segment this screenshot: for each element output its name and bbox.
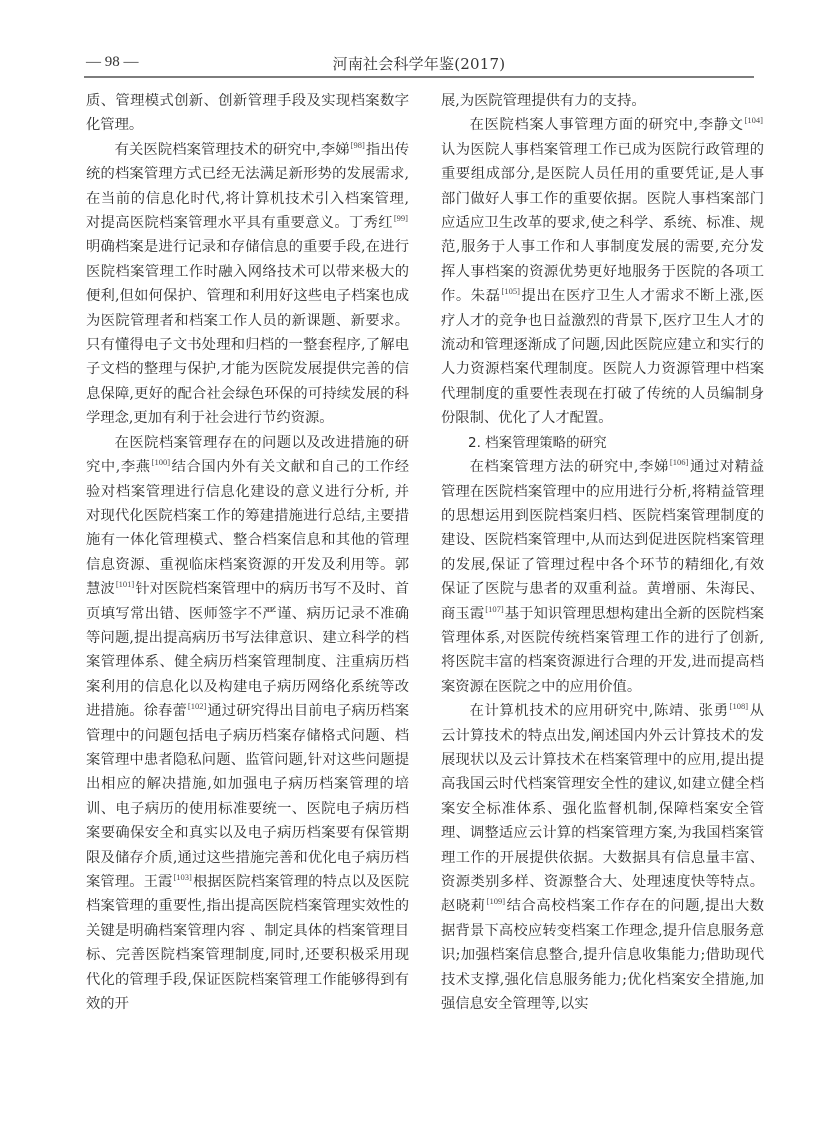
paragraph-computer-technology: 在计算机技术的应用研究中,陈靖、张勇[108]从云计算技术的特点出发,阐述国内外… bbox=[441, 699, 764, 1016]
citation: [98] bbox=[351, 140, 365, 150]
text: 从云计算技术的特点出发,阐述国内外云计算技术的发展现状以及云计算技术在档案管理中… bbox=[441, 703, 764, 914]
citation: [103] bbox=[173, 872, 191, 882]
citation: [104] bbox=[745, 115, 763, 125]
text: 在档案管理方法的研究中,李娣 bbox=[470, 459, 669, 475]
text: 在计算机技术的应用研究中,陈靖、张勇 bbox=[470, 703, 729, 719]
citation: [100] bbox=[152, 457, 170, 467]
citation: [109] bbox=[487, 896, 505, 906]
text: 明确档案是进行记录和存储信息的重要手段,在进行医院档案管理工作时融入网络技术可以… bbox=[86, 239, 409, 426]
text: 有关医院档案管理技术的研究中,李娣 bbox=[115, 142, 350, 158]
running-title: 河南社会科学年鉴(2017) bbox=[84, 53, 754, 74]
text: 通过研究得出目前电子病历档案管理中的问题包括电子病历档案存储格式问题、档案管理中… bbox=[86, 703, 409, 890]
text: 针对医院档案管理中的病历书写不及时、首页填写常出错、医师签字不严谨、病历记录不准… bbox=[86, 581, 409, 719]
citation: [106] bbox=[670, 457, 688, 467]
section-heading: 2. 档案管理策略的研究 bbox=[441, 431, 764, 455]
citation: [107] bbox=[485, 604, 503, 614]
citation: [105] bbox=[502, 286, 520, 296]
paragraph-continuation: 质、管理模式创新、创新管理手段及实现档案数字化管理。 bbox=[86, 89, 409, 138]
text: 结合高校档案工作存在的问题,提出大数据背景下高校应转变档案工作理念,提升信息服务… bbox=[441, 898, 764, 1012]
text: 基于知识管理思想构建出全新的医院档案管理体系,对医院传统档案管理工作的进行了创新… bbox=[441, 606, 764, 695]
citation: [108] bbox=[730, 701, 748, 711]
page-header: — 98 — 河南社会科学年鉴(2017) bbox=[84, 50, 754, 78]
paragraph-personnel-archives: 在医院档案人事管理方面的研究中,李静文[104]认为医院人事档案管理工作已成为医… bbox=[441, 113, 764, 430]
left-column: 质、管理模式创新、创新管理手段及实现档案数字化管理。 有关医院档案管理技术的研究… bbox=[86, 89, 409, 1016]
text: 认为医院人事档案管理工作已成为医院行政管理的重要组成部分,是医院人员任用的重要凭… bbox=[441, 142, 764, 304]
citation: [102] bbox=[188, 701, 206, 711]
header-rule bbox=[84, 76, 754, 78]
paragraph-archive-technology: 有关医院档案管理技术的研究中,李娣[98]指出传统的档案管理方式已经无法满足新形… bbox=[86, 138, 409, 431]
right-column: 展,为医院管理提供有力的支持。 在医院档案人事管理方面的研究中,李静文[104]… bbox=[441, 89, 764, 1016]
paragraph-problems-and-measures: 在医院档案管理存在的问题以及改进措施的研究中,李燕[100]结合国内外有关文献和… bbox=[86, 431, 409, 1017]
text: 提出在医疗卫生人才需求不断上涨,医疗人才的竞争也日益激烈的背景下,医疗卫生人才的… bbox=[441, 288, 764, 426]
citation: [101] bbox=[116, 579, 134, 589]
text: 结合国内外有关文献和自己的工作经验对档案管理进行信息化建设的意义进行分析, 并对… bbox=[86, 459, 409, 597]
text: 根据医院档案管理的特点以及医院档案管理的重要性,指出提高医院档案管理实效性的关键… bbox=[86, 874, 409, 1012]
citation: [99] bbox=[394, 213, 408, 223]
paragraph-management-methods: 在档案管理方法的研究中,李娣[106]通过对精益管理在医院档案管理中的应用进行分… bbox=[441, 455, 764, 699]
paragraph-continuation: 展,为医院管理提供有力的支持。 bbox=[441, 89, 764, 113]
text: 通过对精益管理在医院档案管理中的应用进行分析,将精益管理的思想运用到医院档案归档… bbox=[441, 459, 764, 621]
text: 在医院档案人事管理方面的研究中,李静文 bbox=[470, 117, 744, 133]
